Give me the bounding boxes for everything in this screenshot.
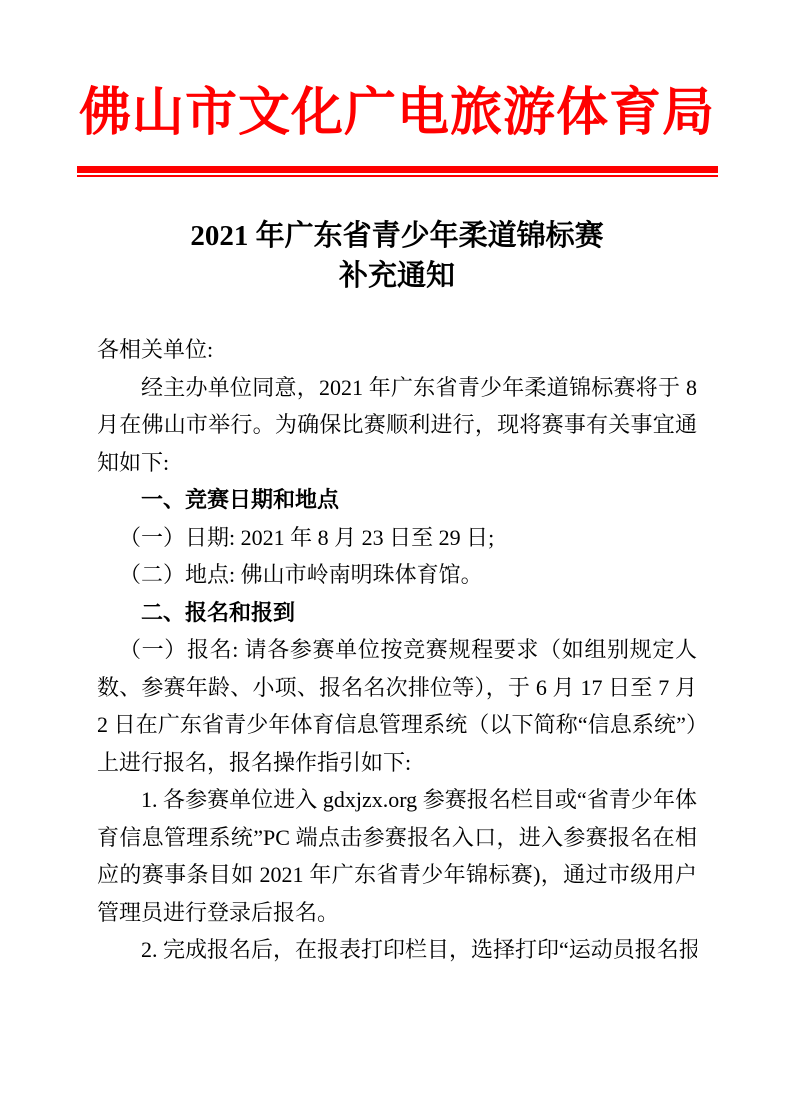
item-registration-requirements: （一）报名: 请各参赛单位按竞赛规程要求（如组别规定人数、参赛年龄、小项、报名名… [97,631,697,781]
letterhead-divider [77,166,718,177]
heading-section-2-registration: 二、报名和报到 [97,594,697,632]
paragraph-registration-step-1: 1. 各参赛单位进入 gdxjzx.org 参赛报名栏目或“省青少年体育信息管理… [97,781,697,931]
document-title-line2: 补充通知 [0,256,794,296]
item-competition-date: （一）日期: 2021 年 8 月 23 日至 29 日; [97,519,697,557]
item-competition-venue: （二）地点: 佛山市岭南明珠体育馆。 [97,556,697,594]
document-title: 2021 年广东省青少年柔道锦标赛 补充通知 [0,216,794,296]
letterhead-org-name: 佛山市文化广电旅游体育局 [0,0,794,148]
paragraph-intro: 经主办单位同意，2021 年广东省青少年柔道锦标赛将于 8 月在佛山市举行。为确… [97,369,697,482]
divider-thick-rule [77,166,718,173]
paragraph-registration-step-2: 2. 完成报名后，在报表打印栏目，选择打印“运动员报名报 [97,931,697,969]
divider-thin-rule [77,175,718,177]
heading-section-1-date-venue: 一、竞赛日期和地点 [97,481,697,519]
document-body: 各相关单位: 经主办单位同意，2021 年广东省青少年柔道锦标赛将于 8 月在佛… [97,331,697,969]
salutation: 各相关单位: [97,331,697,369]
document-title-line1: 2021 年广东省青少年柔道锦标赛 [0,216,794,256]
document-page: 佛山市文化广电旅游体育局 2021 年广东省青少年柔道锦标赛 补充通知 各相关单… [0,0,794,1108]
